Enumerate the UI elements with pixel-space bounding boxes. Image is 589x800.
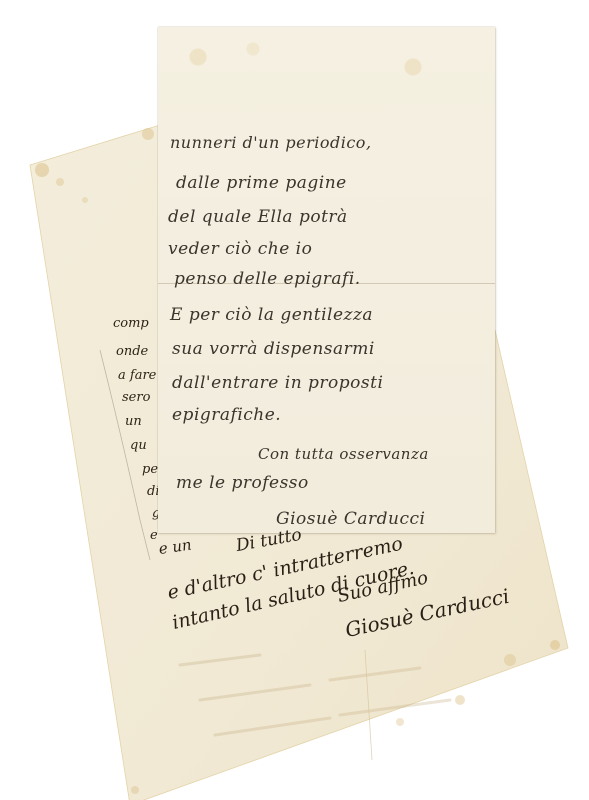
front-line: sua vorrà dispensarmi [172, 339, 375, 359]
margin-word: onde [116, 344, 148, 359]
front-line: del quale Ella potrà [168, 207, 348, 227]
margin-word: qu [130, 438, 147, 453]
margin-word: a fare [118, 368, 156, 383]
front-line: dall'entrare in proposti [172, 373, 383, 393]
margin-word: pe [142, 462, 158, 477]
front-card: nunneri d'un periodico, dalle prime pagi… [158, 27, 495, 533]
front-line: me le professo [176, 473, 309, 493]
margin-word: sero [122, 390, 150, 405]
front-line: nunneri d'un periodico, [170, 133, 372, 152]
front-line: penso delle epigrafi. [174, 269, 361, 289]
front-line: veder ciò che io [168, 239, 312, 259]
margin-word: un [125, 414, 142, 429]
letter-photo: comp onde a fare sero un qu pe di g e nu… [0, 0, 589, 800]
margin-word: comp [113, 316, 149, 331]
front-line: dalle prime pagine [176, 173, 347, 193]
front-line: epigrafiche. [172, 405, 281, 425]
front-line: Con tutta osservanza [258, 445, 429, 463]
front-line: E per ciò la gentilezza [170, 305, 373, 325]
margin-word: e [150, 528, 158, 543]
